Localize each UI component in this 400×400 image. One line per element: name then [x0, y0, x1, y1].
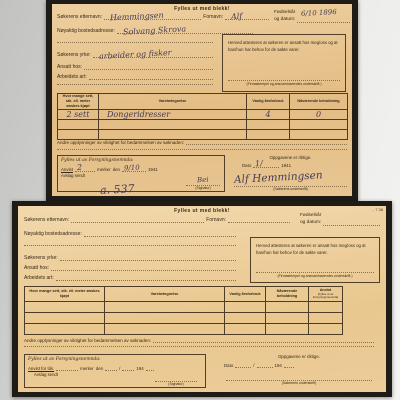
office-box-title: Fylles ut av Forsyningsnemnda:	[61, 158, 221, 163]
col-current-stock: Nåværende beholdning	[266, 287, 309, 302]
case-ref-handwriting: a. 537	[100, 183, 135, 196]
address-continuation-line	[57, 41, 213, 43]
empty-cell	[225, 302, 266, 313]
surname-label: Søkerens etternavn:	[24, 217, 69, 223]
birthdate-block: Fødselsår og datum:	[300, 212, 380, 226]
clerk-signature-block: Bei (Signatur)	[186, 177, 220, 190]
col-item: Varebetegnelse	[105, 287, 225, 302]
form-paper-bottom: - 7 38 Fylles ut med blekk! Søkerens ett…	[18, 206, 386, 392]
other-info-field	[186, 138, 347, 145]
goods-table-header-row: Hvor mange sett, stk. ell. meter ønskes …	[25, 287, 343, 302]
form-paper-top: Fylles ut med blekk! Søkerens etternavn:…	[52, 4, 352, 196]
office-use-box: Fylles ut av Forsyningsnemnda: Anvist 2 …	[57, 155, 225, 192]
goods-row-2	[25, 313, 343, 324]
date-row: Dato / 194	[220, 362, 378, 368]
address-label: Nøyaktig bostedsadresse:	[24, 231, 82, 237]
granted-label: Anvist	[61, 167, 73, 172]
occupation-field: arbeider og fisker	[93, 51, 213, 58]
marks-label: merker	[80, 366, 94, 371]
surname-field: Hemmingsen	[104, 13, 201, 20]
attestation-text: Herved attesteres at søkeren er ansatt h…	[228, 40, 338, 52]
granted-count-handwriting: 2	[77, 164, 83, 172]
date-year: 1941	[281, 163, 291, 168]
year-prefix: 194	[136, 366, 143, 371]
col-current-stock: Nåværende beholdning	[290, 94, 348, 110]
col-yearly-use: Vanlig årsforbruk	[225, 287, 266, 302]
employer-label: Ansatt hos:	[57, 64, 82, 70]
rejected-label: Avslag sendt	[34, 372, 202, 377]
birthdate-field	[323, 219, 380, 226]
date-field: 1/	[253, 162, 279, 168]
work-type-label: Arbeidets art:	[24, 275, 54, 281]
granted-label: Anvist for tils.	[28, 366, 54, 371]
address-field	[84, 230, 236, 237]
empty-cell	[105, 324, 225, 335]
col-anvist: Anvist(Fylles ut av Forsyningsnemnda)	[309, 287, 343, 302]
empty-cell	[309, 302, 343, 313]
work-type-row: Arbeidets art:	[24, 274, 236, 281]
employer-attestation-box: Herved attesteres at søkeren er ansatt h…	[222, 34, 346, 92]
granted-year-field	[146, 365, 154, 371]
other-info-row: Andre opplysninger av viktighet for bedø…	[57, 138, 347, 145]
other-info-field	[153, 336, 374, 343]
granted-count-field: 2	[75, 166, 95, 172]
goods-row-1	[25, 302, 343, 313]
firstname-handwriting: Alf	[231, 13, 243, 22]
granted-date-handwriting: 9/10	[124, 165, 140, 173]
granted-row: Anvist for tils. merker den / 194	[28, 365, 202, 371]
firstname-field	[228, 216, 290, 223]
date-day-field	[235, 362, 251, 368]
blank-application-card: - 7 38 Fylles ut med blekk! Søkerens ett…	[12, 201, 392, 397]
empty-cell	[266, 313, 309, 324]
clerk-signature-block: (Signatur)	[155, 380, 197, 386]
date-month-field	[257, 362, 273, 368]
date-label: Dato	[224, 363, 233, 368]
date-year-prefix: 194	[275, 363, 282, 368]
other-info-line-2	[57, 148, 347, 150]
yearly-use-handwriting: 4	[247, 109, 290, 119]
office-use-box: Fylles ut av Forsyningsnemnda: Anvist fo…	[24, 354, 206, 388]
slash: /	[119, 366, 120, 371]
date-row: Dato 1/ 1941	[234, 162, 347, 168]
clerk-signature-caption: (Signatur)	[186, 186, 220, 190]
goods-table-header-row: Hvor mange sett, stk. ell. meter ønskes …	[58, 94, 348, 110]
work-type-row: Arbeidets art:	[57, 73, 213, 80]
attestation-signature-line	[256, 272, 374, 273]
surname-label: Søkerens etternavn:	[57, 14, 102, 20]
employer-label: Ansatt hos:	[24, 265, 49, 271]
birth-label-line2: og datum:	[300, 219, 321, 226]
empty-cell	[225, 313, 266, 324]
firstname-label: Fornavn:	[206, 217, 226, 223]
employer-field	[84, 63, 213, 70]
goods-table: Hvor mange sett, stk. ell. meter ønskes …	[57, 93, 348, 140]
date-year-field	[284, 362, 294, 368]
applicant-signature-caption: (Søkerens underskrift)	[234, 187, 347, 191]
col-quantity: Hvor mange sett, stk. ell. meter ønskes …	[25, 287, 105, 302]
occupation-handwriting: arbeider og fisker	[98, 49, 171, 61]
marks-label: merker	[97, 167, 111, 172]
empty-cell	[58, 119, 99, 129]
granted-month-field	[122, 365, 134, 371]
item-handwriting: Dongeridresser	[99, 109, 247, 119]
occupation-label: Søkerens yrke:	[57, 52, 91, 58]
granted-count-field	[56, 365, 78, 371]
empty-cell	[25, 324, 105, 335]
other-info-row: Andre opplysninger av viktighet for bedø…	[24, 336, 374, 343]
goods-row-3	[25, 324, 343, 335]
clerk-signature-handwriting: Bei	[197, 177, 209, 185]
work-type-field	[56, 274, 236, 281]
filled-application-card: Fylles ut med blekk! Søkerens etternavn:…	[46, 0, 358, 201]
address-label: Nøyaktig bostedsadresse:	[57, 28, 115, 34]
firstname-field: Alf	[225, 13, 269, 20]
goods-row-1: 2 sett Dongeridresser 4 0	[58, 109, 348, 119]
employer-row: Ansatt hos:	[57, 63, 213, 70]
empty-cell	[266, 302, 309, 313]
work-type-continuation-line	[57, 83, 213, 85]
office-box-title: Fylles ut av Forsyningsnemnda:	[28, 357, 202, 362]
col-quantity: Hvor mange sett, stk. ell. meter ønskes …	[58, 94, 99, 110]
empty-cell	[105, 302, 225, 313]
granted-date-field: 9/10	[122, 166, 146, 172]
photo-of-ration-forms: Fylles ut med blekk! Søkerens etternavn:…	[0, 0, 400, 400]
attestation-signature-line	[228, 80, 340, 81]
empty-cell	[290, 119, 348, 129]
address-continuation-line	[24, 244, 236, 246]
birthdate-block: Fødselsår og datum: 6/10 1896	[274, 9, 350, 23]
empty-cell	[309, 324, 343, 335]
occupation-label: Søkerens yrke:	[24, 255, 58, 261]
empty-cell	[25, 302, 105, 313]
employer-field	[51, 264, 236, 271]
work-type-label: Arbeidets art:	[57, 74, 87, 80]
address-row: Nøyaktig bostedsadresse:	[24, 230, 236, 237]
applicant-signature-caption: (Søkerens underskrift)	[220, 381, 378, 385]
den-label: den	[113, 167, 120, 172]
goods-table: Hvor mange sett, stk. ell. meter ønskes …	[24, 286, 343, 335]
other-info-line-2	[24, 345, 374, 347]
other-info-label: Andre opplysninger av viktighet for bedø…	[24, 338, 151, 343]
other-info-label: Andre opplysninger av viktighet for bedø…	[57, 140, 184, 145]
year-printed: 1941	[148, 167, 158, 172]
employer-row: Ansatt hos:	[24, 264, 236, 271]
address-field: Solvang Skrova	[117, 27, 253, 34]
firstname-label: Fornavn:	[203, 14, 223, 20]
applicant-footer-block: Oppgavene er riktige. Dato 1/ 1941 Alf H…	[234, 155, 347, 168]
quantity-handwriting: 2 sett	[58, 109, 99, 119]
occupation-row: Søkerens yrke:	[24, 254, 236, 261]
birth-label-line2: og datum:	[274, 16, 295, 23]
empty-cell	[99, 119, 247, 129]
anvist-subcaption: (Fylles ut av Forsyningsnemnda)	[310, 293, 341, 299]
attestation-caption: (Firmastempel og ansvarshavendes undersk…	[254, 274, 376, 280]
occupation-row: Søkerens yrke: arbeider og fisker	[57, 51, 213, 58]
den-label: den	[96, 366, 103, 371]
applicant-footer-block: Oppgavene er riktige. Dato / 194 (Søkere…	[220, 354, 378, 368]
date-handwriting: 1/	[255, 160, 263, 168]
clerk-signature-caption: (Signatur)	[155, 382, 197, 386]
col-yearly-use: Vanlig årsforbruk	[247, 94, 290, 110]
work-type-field	[89, 73, 213, 80]
empty-cell	[225, 324, 266, 335]
surname-row: Søkerens etternavn: Fornavn:	[24, 216, 290, 223]
goods-row-2	[58, 119, 348, 129]
attestation-caption: (Firmastempel og ansvarshavendes undersk…	[226, 82, 342, 88]
correct-label: Oppgavene er riktige.	[220, 354, 378, 359]
address-row: Nøyaktig bostedsadresse: Solvang Skrova	[57, 27, 253, 34]
empty-cell	[247, 119, 290, 129]
empty-cell	[105, 313, 225, 324]
surname-row: Søkerens etternavn: Hemmingsen Fornavn: …	[57, 13, 269, 20]
attestation-text: Herved attesteres at søkeren er ansatt h…	[256, 243, 366, 255]
applicant-signature-handwriting: Alf Hemmingsen	[234, 169, 347, 185]
granted-day-field	[105, 365, 117, 371]
birth-label-line1: Fødselsår	[300, 212, 380, 219]
slash: /	[253, 363, 254, 368]
address-handwriting: Solvang Skrova	[123, 25, 187, 36]
surname-handwriting: Hemmingsen	[110, 12, 164, 23]
occupation-field	[60, 254, 236, 261]
date-label: Dato	[242, 163, 251, 168]
surname-field	[71, 216, 204, 223]
col-item: Varebetegnelse	[99, 94, 247, 110]
granted-row: Anvist 2 merker den 9/10 1941	[61, 166, 221, 172]
empty-cell	[25, 313, 105, 324]
employer-attestation-box: Herved attesteres at søkeren er ansatt h…	[250, 237, 380, 283]
empty-cell	[266, 324, 309, 335]
stock-handwriting: 0	[290, 109, 348, 119]
correct-label: Oppgavene er riktige.	[234, 155, 347, 160]
empty-cell	[309, 313, 343, 324]
